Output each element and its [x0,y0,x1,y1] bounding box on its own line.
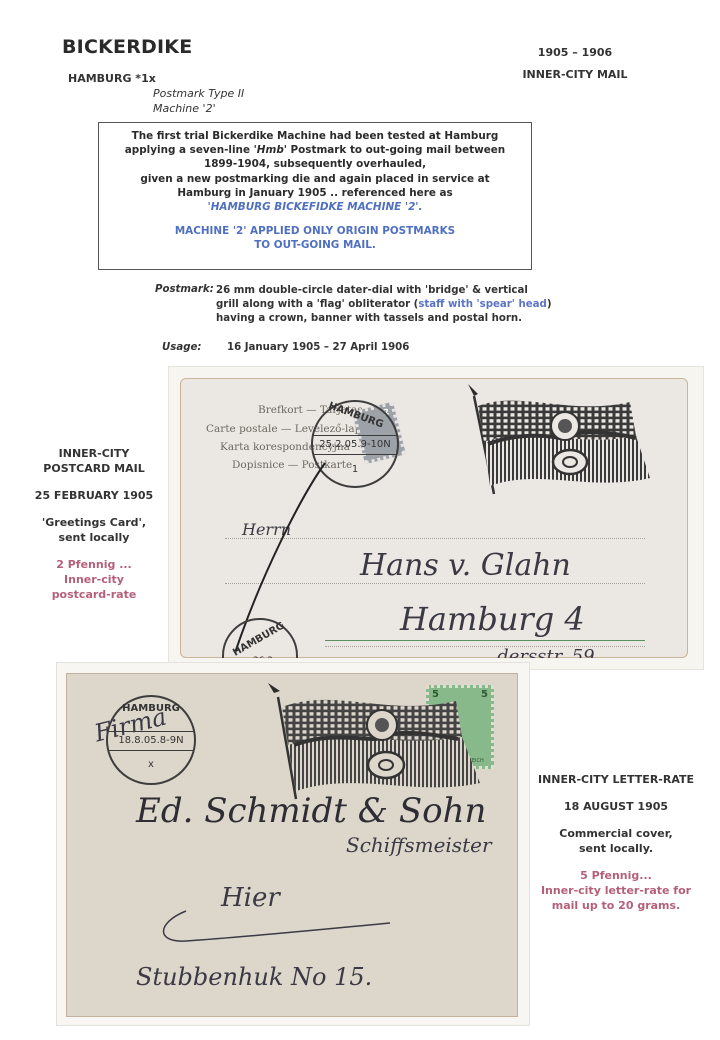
usage-label: Usage: [162,342,202,353]
postcard-caption: INNER-CITY POSTCARD MAIL 25 FEBRUARY 190… [24,446,164,602]
info-line-2: applying a seven-line 'Hmb' Postmark to … [99,143,531,157]
usage-value: 16 January 1905 – 27 April 1906 [227,342,409,353]
cds-town: HAMBURG [327,400,385,430]
flag-obliterator-icon [460,382,680,498]
info-note-1: MACHINE '2' APPLIED ONLY ORIGIN POSTMARK… [99,224,531,238]
info-note-2: TO OUT-GOING MAIL. [99,238,531,252]
postmark-label: Postmark: [155,284,214,295]
period: 1905 – 1906 [510,42,640,64]
cover-desc-2: sent locally. [526,841,706,856]
postmark-desc-line-1: 26 mm double-circle dater-dial with 'bri… [216,284,556,298]
info-box: The first trial Bickerdike Machine had b… [98,122,532,270]
postcard-desc-2: sent locally [24,530,164,545]
postcard-rate-1: 2 Pfennig ... [24,557,164,572]
info-line-2-pre: applying a seven-line [125,144,254,156]
postmark-desc-line-3: having a crown, banner with tassels and … [216,312,556,326]
address-name: Hans v. Glahn [360,548,571,583]
period-block: 1905 – 1906 INNER-CITY MAIL [510,42,640,86]
info-line-2-post: Postmark to out-going mail between [287,144,505,156]
address-street: Stubbenhuk No 15. [136,963,372,991]
info-line-2-em: 'Hmb' [254,144,287,156]
postcard-desc-1: 'Greetings Card', [24,515,164,530]
postmark-type: Postmark Type II [153,86,244,101]
cover-rate-3: mail up to 20 grams. [526,898,706,913]
arrival-town: HAMBURG [231,620,286,658]
category: INNER-CITY MAIL [510,64,640,86]
postmark-description: 26 mm double-circle dater-dial with 'bri… [216,284,556,326]
flag-obliterator-icon [266,681,506,801]
info-line-4: given a new postmarking die and again pl… [99,172,531,186]
info-line-3: 1899-1904, subsequently overhauled, [99,157,531,171]
postcard-heading-1: INNER-CITY [24,446,164,461]
machine-label: Machine '2' [153,101,244,116]
cover-desc-1: Commercial cover, [526,826,706,841]
postcard-rate-3: postcard-rate [24,587,164,602]
page-subtitle: HAMBURG *1x [68,72,156,85]
cds-office: x [108,759,194,770]
address-line-green [325,640,645,641]
cds-date: 25.2.05.9-10N [313,435,397,455]
page-title: BICKERDIKE [62,36,192,58]
address-city: Hamburg 4 [400,600,585,638]
cover-image: 5 5 DEUTSCHES REICH HAMBURG 18.8.05.8-9N… [66,673,518,1017]
postmark-type-block: Postmark Type II Machine '2' [153,86,244,116]
arrival-date: 26 2 05 [248,656,278,658]
postcard-rate-2: Inner-city [24,572,164,587]
address-name: Ed. Schmidt & Sohn [136,791,486,831]
address-street: ...dersstr. 59 [480,646,595,658]
info-line-5: Hamburg in January 1905 .. referenced he… [99,186,531,200]
postmark-desc-line-2-post: ) [547,299,552,310]
flourish [156,903,396,953]
postmark-desc-line-2-pre: grill along with a 'flag' obliterator ( [216,299,418,310]
postcard-image: Brefkort — Tarjetas Carte postale — Leve… [180,378,688,658]
postmark-desc-line-2-blue: staff with 'spear' head [418,299,546,310]
cover-date: 18 AUGUST 1905 [526,799,706,814]
address-line2: Schiffsmeister [346,833,492,857]
cover-caption: INNER-CITY LETTER-RATE 18 AUGUST 1905 Co… [526,772,706,913]
cover-heading: INNER-CITY LETTER-RATE [526,772,706,787]
cover-rate-1: 5 Pfennig... [526,868,706,883]
postcard-date: 25 FEBRUARY 1905 [24,488,164,503]
info-line-6: 'HAMBURG BICKEFIDKE MACHINE '2'. [99,200,531,214]
postmark-desc-line-2: grill along with a 'flag' obliterator (s… [216,298,556,312]
postcard-heading-2: POSTCARD MAIL [24,461,164,476]
cover-rate-2: Inner-city letter-rate for [526,883,706,898]
info-line-1: The first trial Bickerdike Machine had b… [99,129,531,143]
